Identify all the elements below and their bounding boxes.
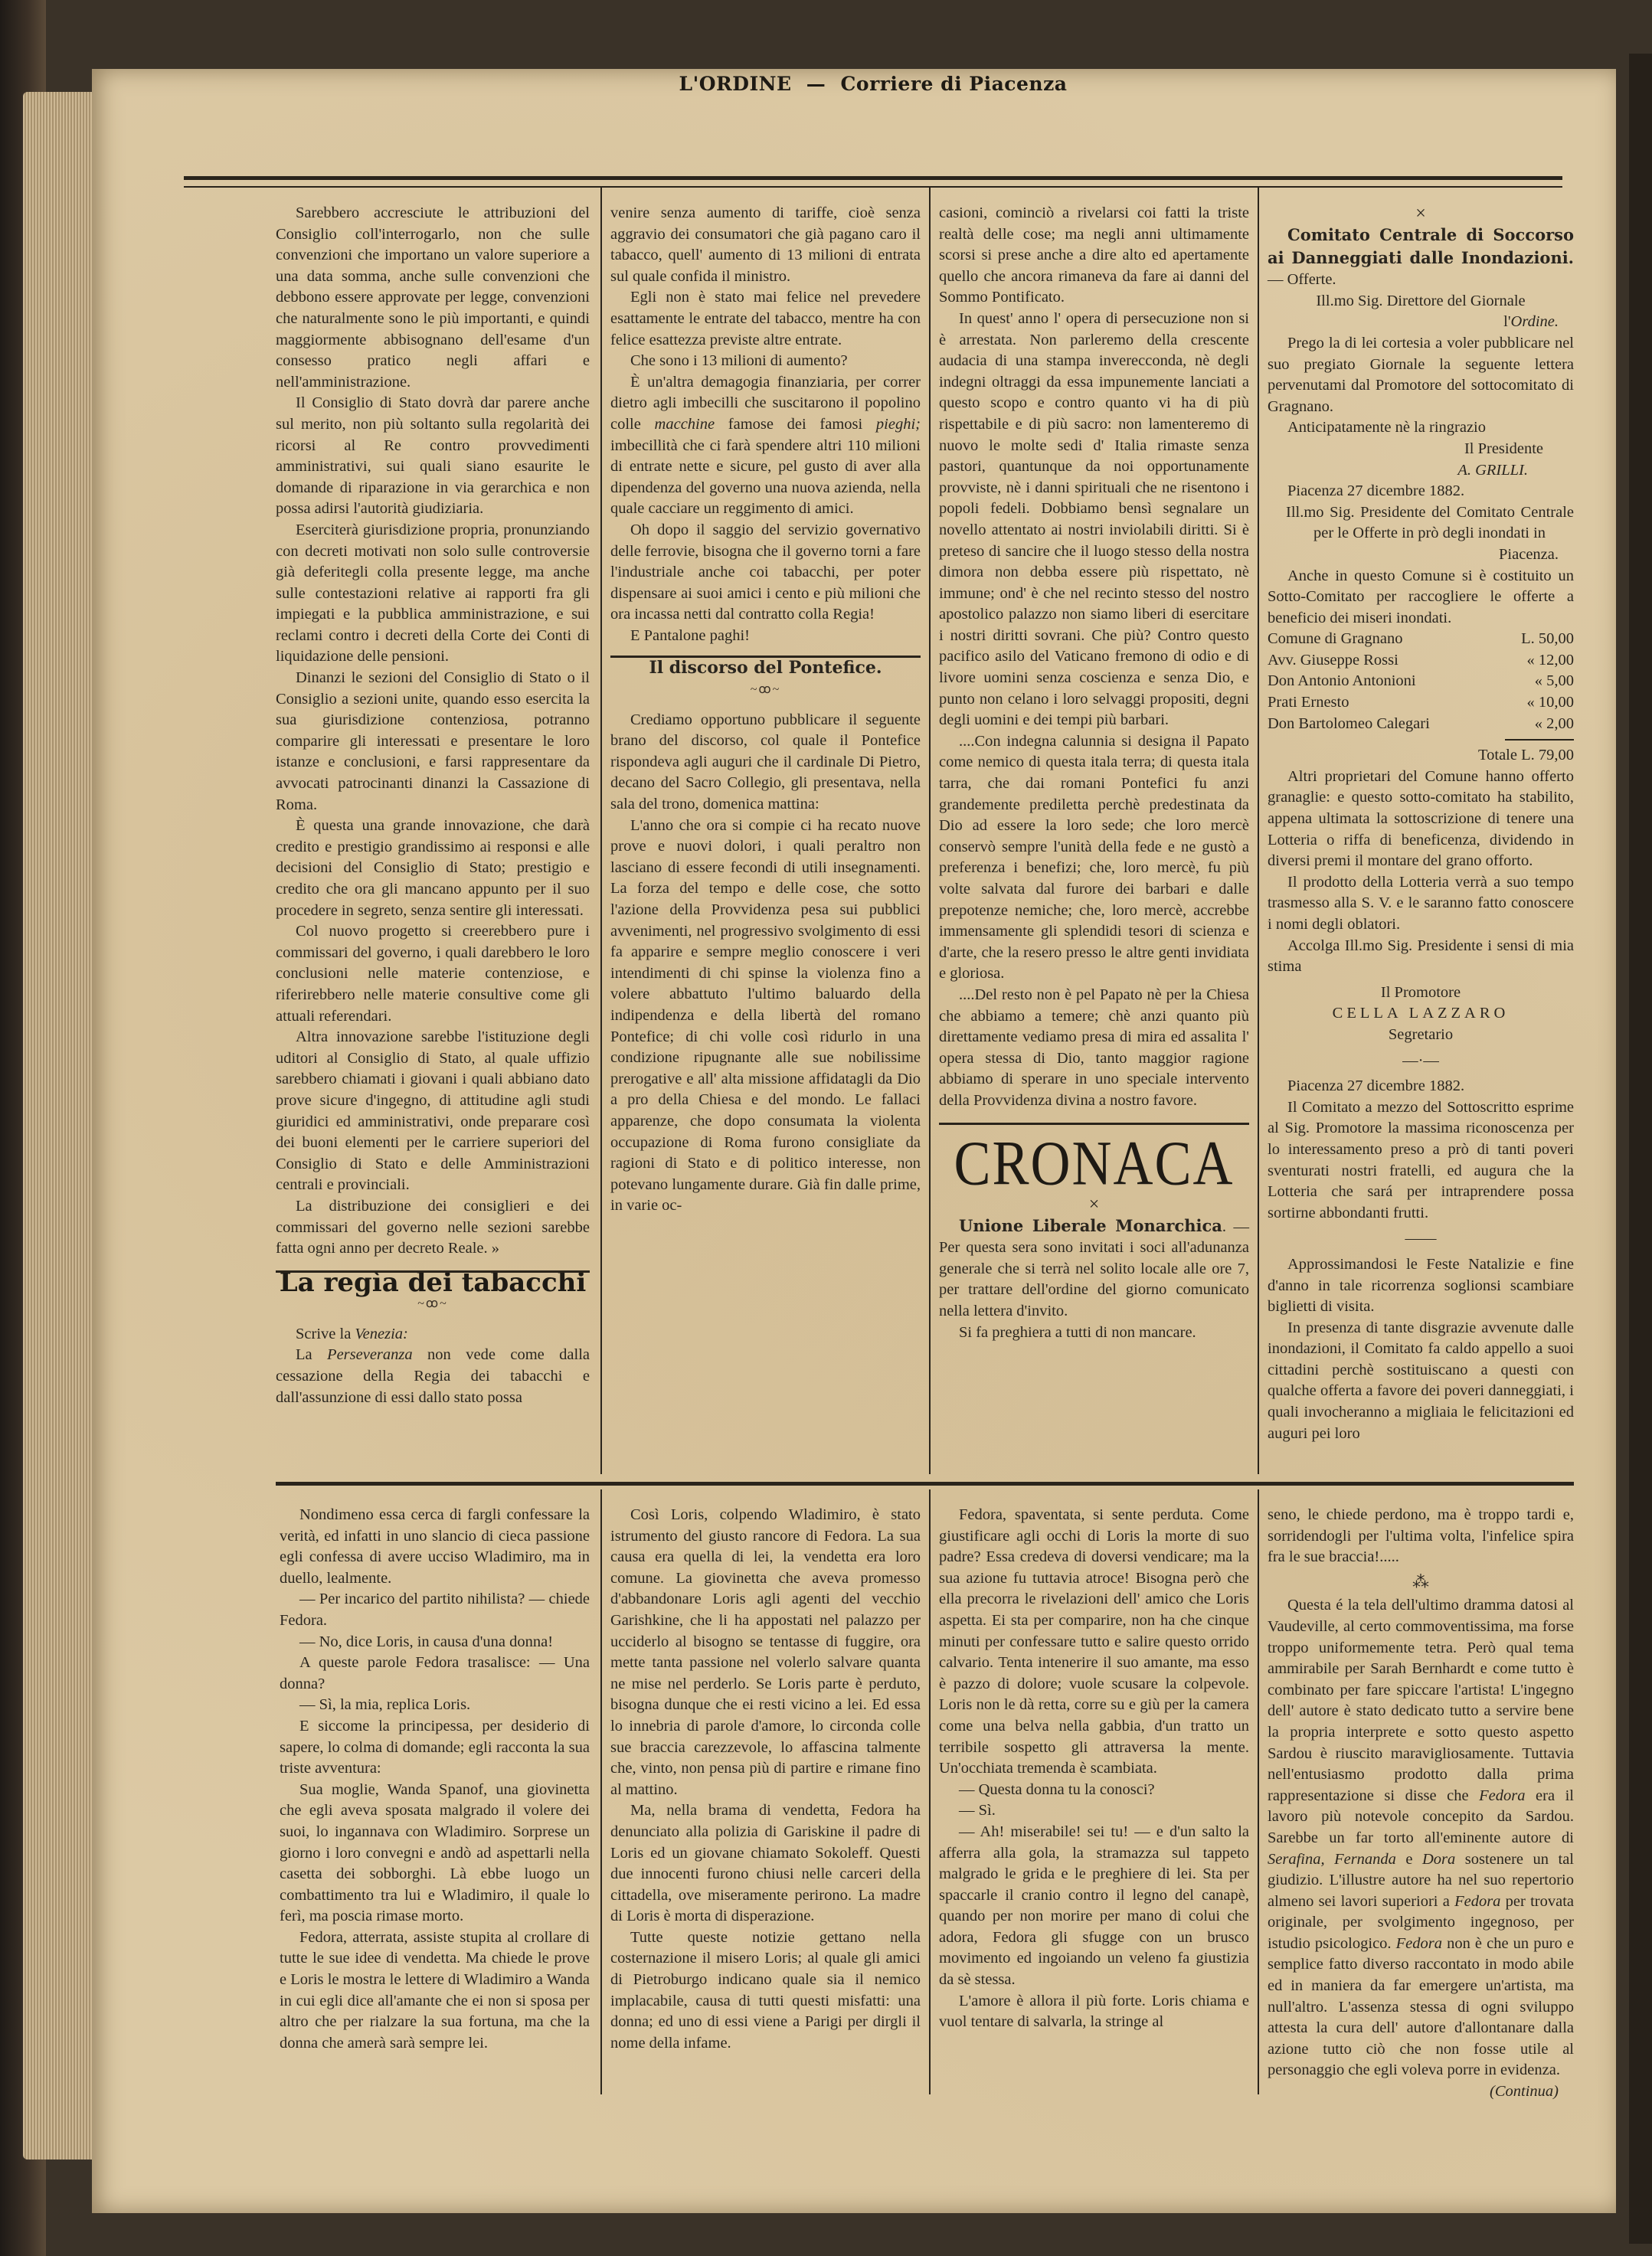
headline-regia-tabacchi: La regìa dei tabacchi — [276, 1273, 590, 1294]
paragraph: Fedora, atterrata, assiste stupita al cr… — [280, 1927, 590, 2055]
donation-amount: « 2,00 — [1535, 714, 1574, 735]
section-rule — [939, 1123, 1249, 1125]
paragraph: Il prodotto della Lotteria verrà a suo t… — [1268, 872, 1574, 936]
column-rule — [1258, 1489, 1259, 2094]
paragraph: Crediamo opportuno pubblicare il seguent… — [610, 710, 921, 816]
cross-ornament-icon: × — [1268, 203, 1574, 224]
paragraph: In quest' anno l' opera di persecuzione … — [939, 309, 1249, 731]
continua-note: (Continua) — [1268, 2081, 1574, 2103]
paragraph: Il Consiglio di Stato dovrà dar parere a… — [276, 393, 590, 520]
paragraph: Dinanzi le sezioni del Consiglio di Stat… — [276, 668, 590, 816]
paragraph: L'anno che ora si compie ci ha recato nu… — [610, 816, 921, 1217]
headline-discorso-pontefice: Il discorso del Pontefice. — [610, 658, 921, 679]
masthead-subtitle: Corriere di Piacenza — [841, 73, 1068, 95]
paragraph: E siccome la principessa, per desiderio … — [280, 1716, 590, 1780]
donation-amount: « 5,00 — [1535, 671, 1574, 692]
paragraph: Si fa preghiera a tutti di non mancare. — [939, 1323, 1249, 1344]
paragraph: Egli non è stato mai felice nel preveder… — [610, 287, 921, 351]
donor-name: Don Bartolomeo Calegari — [1268, 714, 1430, 735]
paragraph: Ma, nella brama di vendetta, Fedora ha d… — [610, 1800, 921, 1927]
play-title: Dora — [1422, 1851, 1455, 1868]
text: imbecillità che ci farà spendere altri 1… — [610, 437, 921, 518]
paragraph: — Sì. — [939, 1800, 1249, 1822]
paragraph: Sua moglie, Wanda Spanof, una giovinetta… — [280, 1780, 590, 1927]
text: famose dei famosi — [715, 416, 876, 433]
paragraph: Comitato Centrale di Soccorso ai Dannegg… — [1268, 224, 1574, 291]
signature-role: Il Promotore — [1268, 983, 1574, 1004]
separator: —·— — [1268, 1051, 1574, 1072]
text: Scrive la — [296, 1326, 355, 1342]
separator: —— — [1268, 1228, 1574, 1250]
donation-amount: « 12,00 — [1527, 650, 1575, 672]
paragraph: ....Con indegna calunnia si designa il P… — [939, 731, 1249, 985]
masthead: L'ORDINE — Corriere di Piacenza — [184, 73, 1562, 95]
column-1: Sarebbero accresciute le attribuzioni de… — [276, 203, 590, 1408]
paragraph: Così Loris, colpendo Wladimiro, è stato … — [610, 1505, 921, 1800]
date-line: Piacenza 27 dicembre 1882. — [1268, 1076, 1574, 1097]
paragraph: Approssimandosi le Feste Natalizie e fin… — [1268, 1254, 1574, 1318]
masthead-title: L'ORDINE — [679, 73, 792, 95]
masthead-separator: — — [806, 73, 826, 95]
donor-name: Avv. Giuseppe Rossi — [1268, 650, 1398, 672]
salutation-city: Piacenza. — [1268, 544, 1574, 566]
paragraph: Prego la di lei cortesia a voler pubblic… — [1268, 333, 1574, 417]
donation-total: Totale L. 79,00 — [1268, 745, 1574, 767]
text: La — [296, 1346, 327, 1363]
item-heading: Comitato Centrale di Soccorso ai Dannegg… — [1268, 225, 1574, 267]
column-rule — [929, 1489, 931, 2094]
donation-amount: L. 50,00 — [1521, 629, 1574, 650]
paragraph: E Pantalone paghi! — [610, 626, 921, 647]
paragraph: casioni, cominciò a rivelarsi coi fatti … — [939, 203, 1249, 309]
paragraph: Sarebbero accresciute le attribuzioni de… — [276, 203, 590, 393]
donation-row: Prati Ernesto« 10,00 — [1268, 692, 1574, 714]
feuilleton-column-2: Così Loris, colpendo Wladimiro, è stato … — [610, 1505, 921, 2054]
paragraph: Oh dopo il saggio del servizio governati… — [610, 520, 921, 626]
paragraph: — Questa donna tu la conosci? — [939, 1780, 1249, 1801]
signature-name: A. GRILLI. — [1268, 460, 1574, 482]
date-line: Piacenza 27 dicembre 1882. — [1268, 481, 1574, 502]
salutation: Ill.mo Sig. Presidente del Comitato Cent… — [1268, 502, 1574, 544]
paragraph: La distribuzione dei consiglieri e dei c… — [276, 1196, 590, 1260]
column-4: × Comitato Centrale di Soccorso ai Danne… — [1268, 203, 1574, 1444]
donor-name: Comune di Gragnano — [1268, 629, 1403, 650]
paragraph: — Per incarico del partito nihilista? — … — [280, 1589, 590, 1631]
play-title: Serafina, Fernanda — [1268, 1851, 1396, 1868]
play-title: Fedora — [1479, 1787, 1525, 1804]
paragraph: Questa é la tela dell'ultimo dramma dato… — [1268, 1595, 1574, 2081]
donation-row: Don Antonio Antonioni« 5,00 — [1268, 671, 1574, 692]
feuilleton-divider — [276, 1482, 1574, 1486]
text: macchine — [655, 416, 715, 433]
text: l' — [1503, 313, 1510, 330]
text: — Offerte. — [1268, 271, 1336, 288]
item-heading: Unione Liberale Monarchica — [959, 1216, 1222, 1235]
text: Ordine. — [1511, 313, 1559, 330]
column-rule — [600, 188, 602, 1474]
paragraph: — Sì, la mia, replica Loris. — [280, 1695, 590, 1716]
feuilleton-column-1: Nondimeno essa cerca di fargli confessar… — [280, 1505, 590, 2054]
asterism-icon: ⁂ — [1268, 1571, 1574, 1593]
column-rule — [600, 1489, 602, 2094]
signature-role: Il Presidente — [1268, 439, 1574, 460]
paragraph: Altri proprietari del Comune hanno offer… — [1268, 767, 1574, 872]
paragraph: venire senza aumento di tariffe, cioè se… — [610, 203, 921, 287]
paragraph: Il Comitato a mezzo del Sottoscritto esp… — [1268, 1097, 1574, 1224]
text: Questa é la tela dell'ultimo dramma dato… — [1268, 1597, 1574, 1803]
cronaca-heading: CRONACA — [939, 1128, 1249, 1198]
paragraph: È questa una grande innovazione, che dar… — [276, 816, 590, 921]
feuilleton-column-4: seno, le chiede perdono, ma è troppo tar… — [1268, 1505, 1574, 2103]
section-rule — [276, 1270, 590, 1273]
column-rule — [929, 188, 931, 1474]
paragraph: seno, le chiede perdono, ma è troppo tar… — [1268, 1505, 1574, 1568]
section-rule — [610, 656, 921, 658]
donations-table: Comune di GragnanoL. 50,00 Avv. Giuseppe… — [1268, 629, 1574, 767]
paragraph: — No, dice Loris, in causa d'una donna! — [280, 1632, 590, 1653]
signature-title: Segretario — [1268, 1025, 1574, 1046]
paragraph: Scrive la Venezia: — [276, 1324, 590, 1345]
paragraph: L'amore è allora il più forte. Loris chi… — [939, 1991, 1249, 2033]
column-3: casioni, cominciò a rivelarsi coi fatti … — [939, 203, 1249, 1343]
paragraph: Anticipatamente nè la ringrazio — [1268, 417, 1574, 439]
donation-amount: « 10,00 — [1527, 692, 1575, 714]
paragraph: Che sono i 13 milioni di aumento? — [610, 351, 921, 372]
paragraph: ....Del resto non è pel Papato nè per la… — [939, 985, 1249, 1112]
paragraph: Accolga Ill.mo Sig. Presidente i sensi d… — [1268, 936, 1574, 978]
play-title: Fedora — [1396, 1935, 1442, 1952]
paragraph: Col nuovo progetto si creerebbero pure i… — [276, 921, 590, 1027]
masthead-rule — [184, 176, 1562, 188]
paragraph: Fedora, spaventata, si sente perduta. Co… — [939, 1505, 1249, 1780]
column-2: venire senza aumento di tariffe, cioè se… — [610, 203, 921, 1217]
paragraph: Unione Liberale Monarchica. — Per questa… — [939, 1215, 1249, 1323]
paragraph: È un'altra demagogia finanziaria, per co… — [610, 372, 921, 520]
paragraph: Altra innovazione sarebbe l'istituzione … — [276, 1027, 590, 1196]
paragraph: La Perseveranza non vede come dalla cess… — [276, 1345, 590, 1408]
source-name: Venezia: — [355, 1326, 407, 1342]
paragraph: Eserciterà giurisdizione propria, pronun… — [276, 520, 590, 668]
feuilleton-column-3: Fedora, spaventata, si sente perduta. Co… — [939, 1505, 1249, 2033]
salutation: l'Ordine. — [1268, 312, 1574, 333]
donor-name: Prati Ernesto — [1268, 692, 1349, 714]
paragraph: — Ah! miserabile! sei tu! — e d'un salto… — [939, 1822, 1249, 1991]
paragraph: In presenza di tante disgrazie avvenute … — [1268, 1318, 1574, 1445]
donation-row: Comune di GragnanoL. 50,00 — [1268, 629, 1574, 650]
source-name: Perseveranza — [327, 1346, 413, 1363]
flourish-ornament: ~ꝏ~ — [610, 679, 921, 701]
paragraph: A queste parole Fedora trasalisce: — Una… — [280, 1653, 590, 1695]
paragraph: Anche in questo Comune si è costituito u… — [1268, 566, 1574, 629]
column-rule — [1258, 188, 1259, 1474]
right-book-edge — [1629, 54, 1652, 2244]
donation-row: Avv. Giuseppe Rossi« 12,00 — [1268, 650, 1574, 672]
salutation: Ill.mo Sig. Direttore del Giornale — [1268, 291, 1574, 312]
text: e — [1396, 1851, 1422, 1868]
total-rule — [1505, 739, 1574, 741]
paragraph: Nondimeno essa cerca di fargli confessar… — [280, 1505, 590, 1589]
paragraph: Tutte queste notizie gettano nella coste… — [610, 1927, 921, 2055]
signature-name: CELLA LAZZARO — [1268, 1003, 1574, 1025]
play-title: Fedora — [1454, 1893, 1500, 1910]
text: non è che un puro e semplice fatto diver… — [1268, 1935, 1574, 2079]
donation-row: Don Bartolomeo Calegari« 2,00 — [1268, 714, 1574, 735]
donor-name: Don Antonio Antonioni — [1268, 671, 1416, 692]
text: pieghi; — [876, 416, 921, 433]
